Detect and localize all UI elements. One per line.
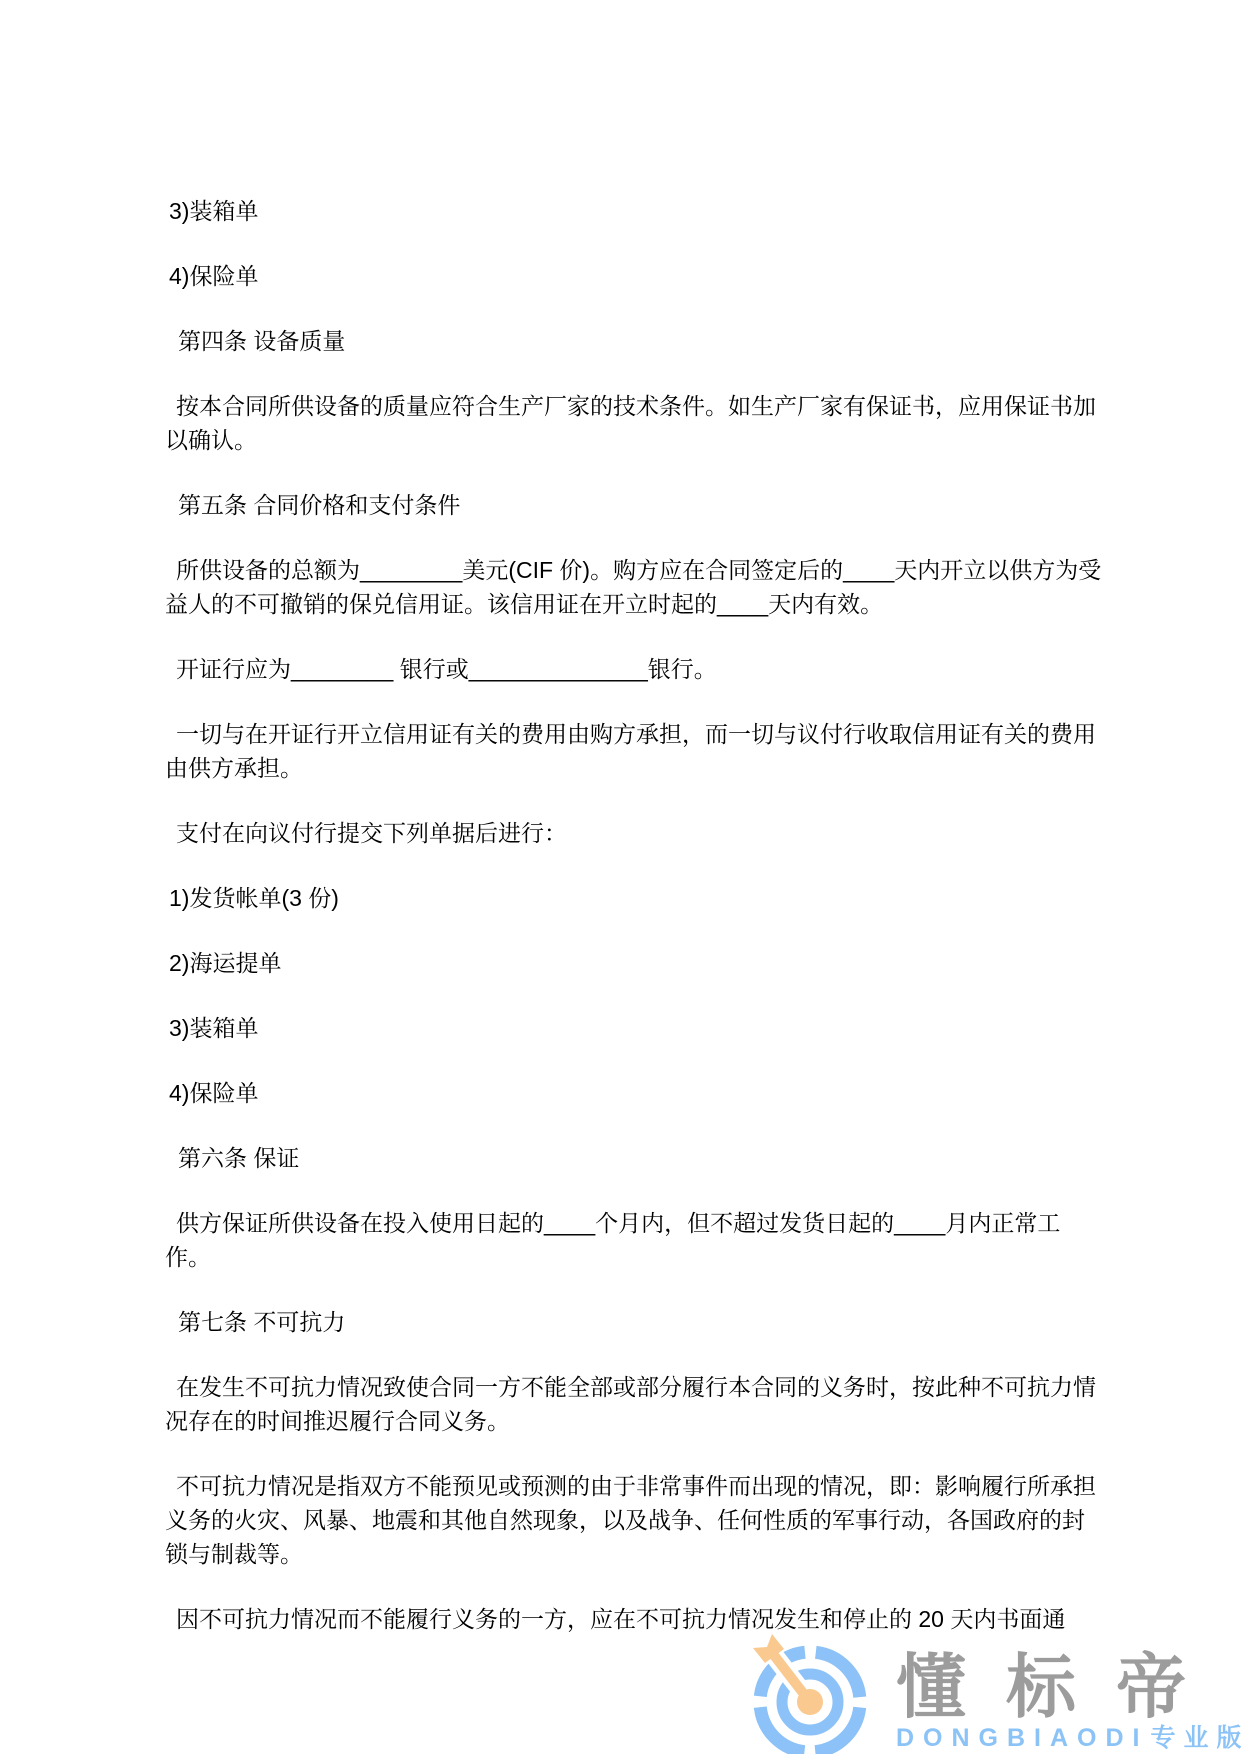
paragraph: 供方保证所供设备在投入使用日起的____个月内，但不超过发货日起的____月内正… bbox=[165, 1206, 1103, 1274]
article-heading: 第五条 合同价格和支付条件 bbox=[165, 488, 1103, 522]
watermark-brand-suffix: 专业版 bbox=[1151, 1724, 1241, 1752]
target-dart-icon bbox=[735, 1630, 875, 1754]
list-item: 3)装箱单 bbox=[165, 194, 1103, 228]
article-heading: 第六条 保证 bbox=[165, 1141, 1103, 1175]
paragraph: 不可抗力情况是指双方不能预见或预测的由于非常事件而出现的情况，即：影响履行所承担… bbox=[165, 1469, 1103, 1571]
watermark-brand-name: 懂标帝 bbox=[896, 1650, 1241, 1724]
paragraph: 按本合同所供设备的质量应符合生产厂家的技术条件。如生产厂家有保证书，应用保证书加… bbox=[165, 389, 1103, 457]
watermark-text: 懂标帝 DONGBIAODI专业版 bbox=[896, 1650, 1241, 1751]
contract-text-body: 3)装箱单4)保险单第四条 设备质量按本合同所供设备的质量应符合生产厂家的技术条… bbox=[165, 0, 1103, 1667]
paragraph: 在发生不可抗力情况致使合同一方不能全部或部分履行本合同的义务时，按此种不可抗力情… bbox=[165, 1370, 1103, 1438]
list-item: 1)发货帐单(3 份) bbox=[165, 881, 1103, 915]
list-item: 2)海运提单 bbox=[165, 946, 1103, 980]
paragraph: 开证行应为________ 银行或______________银行。 bbox=[165, 652, 1103, 686]
paragraph: 所供设备的总额为________美元(CIF 价)。购方应在合同签定后的____… bbox=[165, 553, 1103, 621]
article-heading: 第四条 设备质量 bbox=[165, 324, 1103, 358]
paragraph: 支付在向议付行提交下列单据后进行： bbox=[165, 816, 1103, 850]
list-item: 3)装箱单 bbox=[165, 1011, 1103, 1045]
list-item: 4)保险单 bbox=[165, 1076, 1103, 1110]
dongbiaodi-watermark: 懂标帝 DONGBIAODI专业版 bbox=[678, 1628, 1241, 1754]
watermark-subtitle: DONGBIAODI专业版 bbox=[896, 1726, 1241, 1751]
document-page: 3)装箱单4)保险单第四条 设备质量按本合同所供设备的质量应符合生产厂家的技术条… bbox=[0, 0, 1241, 1754]
article-heading: 第七条 不可抗力 bbox=[165, 1305, 1103, 1339]
paragraph: 一切与在开证行开立信用证有关的费用由购方承担，而一切与议付行收取信用证有关的费用… bbox=[165, 717, 1103, 785]
list-item: 4)保险单 bbox=[165, 259, 1103, 293]
watermark-brand-latin: DONGBIAODI bbox=[896, 1724, 1149, 1752]
